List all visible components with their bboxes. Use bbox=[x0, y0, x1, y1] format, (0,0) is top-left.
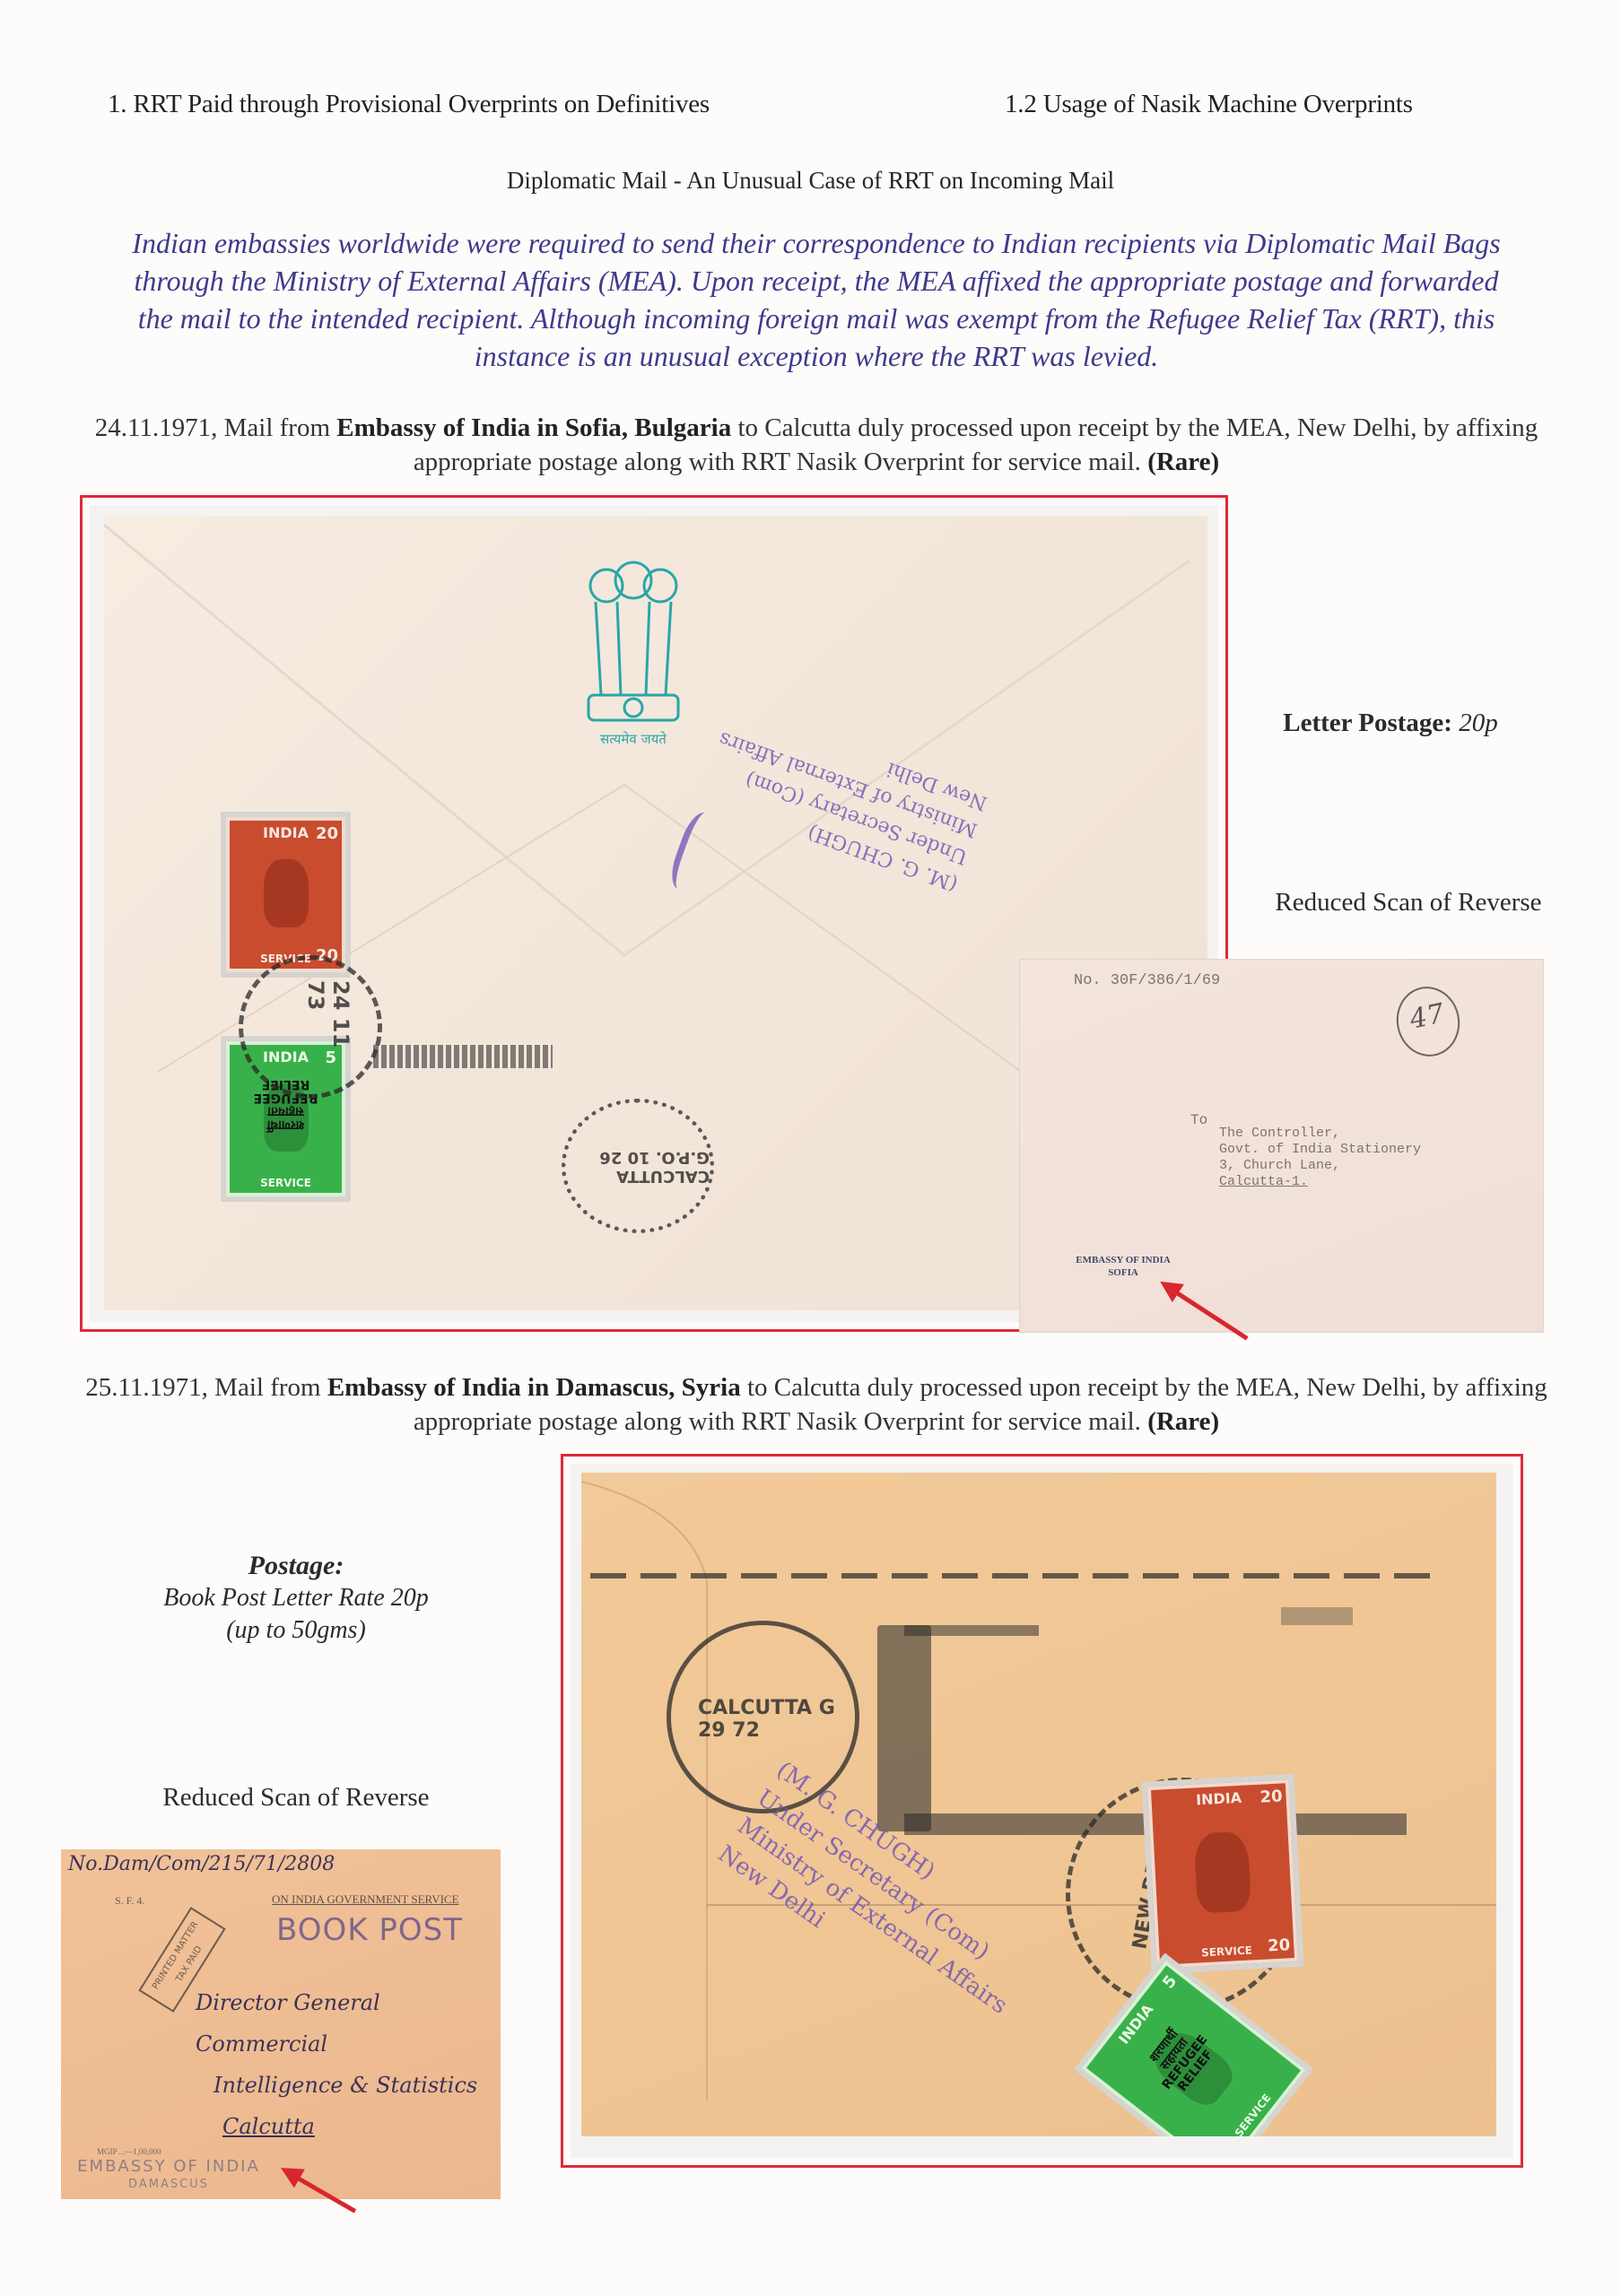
section-title: 1. RRT Paid through Provisional Overprin… bbox=[108, 90, 710, 119]
sender-imprint: EMBASSY OF INDIA DAMASCUS bbox=[61, 2158, 276, 2194]
service-header: ON INDIA GOVERNMENT SERVICE bbox=[272, 1892, 459, 1907]
printer-imprint: MGIP ...—1,00,000 bbox=[97, 2147, 161, 2156]
item-2-cover: CALCUTTA G 29 72 NEW DELHI (M. G. CHUGH)… bbox=[581, 1473, 1496, 2136]
stamp-20p-service: INDIA 20 20 SERVICE bbox=[221, 812, 351, 978]
postmark-new-delhi: 24 11 73 bbox=[239, 955, 382, 1099]
book-post-stamp: BOOK POST bbox=[276, 1912, 463, 1948]
form-code: S. F. 4. bbox=[115, 1894, 144, 1908]
recipient-address: Director General Commercial Intelligence… bbox=[196, 1982, 501, 2147]
machine-cancel-bars bbox=[373, 1045, 553, 1068]
item-1-postage-note: Letter Postage: 20p bbox=[1247, 709, 1534, 738]
to-label: To bbox=[1190, 1112, 1207, 1128]
item-2-rarity: (Rare) bbox=[1147, 1407, 1219, 1436]
recipient-address: The Controller, Govt. of India Stationer… bbox=[1219, 1126, 1421, 1190]
item-2-reverse-label: Reduced Scan of Reverse bbox=[126, 1783, 466, 1813]
machine-cancel-line bbox=[590, 1573, 1442, 1578]
subsection-title: 1.2 Usage of Nasik Machine Overprints bbox=[1005, 90, 1413, 119]
reference-number: No.Dam/Com/215/71/2808 bbox=[68, 1853, 335, 1875]
item-2-frame: CALCUTTA G 29 72 NEW DELHI (M. G. CHUGH)… bbox=[561, 1454, 1523, 2168]
folio-circle: 47 bbox=[1390, 981, 1467, 1063]
item-1-origin: Embassy of India in Sofia, Bulgaria bbox=[336, 413, 731, 442]
item-1-date: 24.11.1971 bbox=[95, 413, 211, 442]
intro-paragraph: Indian embassies worldwide were required… bbox=[117, 224, 1516, 375]
reference-number: No. 30F/386/1/69 bbox=[1074, 972, 1220, 989]
item-2-caption: 25.11.1971, Mail from Embassy of India i… bbox=[72, 1370, 1561, 1439]
item-2-origin: Embassy of India in Damascus, Syria bbox=[327, 1373, 741, 1402]
item-1-caption: 24.11.1971, Mail from Embassy of India i… bbox=[72, 411, 1561, 479]
item-2-reverse-scan: No.Dam/Com/215/71/2808 S. F. 4. ON INDIA… bbox=[61, 1849, 501, 2199]
page-title: Diplomatic Mail - An Unusual Case of RRT… bbox=[0, 167, 1621, 195]
item-2-date: 25.11.1971 bbox=[85, 1373, 201, 1402]
item-1-reverse-scan: No. 30F/386/1/69 47 To The Controller, G… bbox=[1020, 960, 1543, 1332]
item-1-rarity: (Rare) bbox=[1147, 448, 1219, 476]
stamp-20p-service: INDIA 20 20 SERVICE bbox=[1141, 1774, 1303, 1975]
item-1-reverse-label: Reduced Scan of Reverse bbox=[1233, 888, 1583, 918]
postmark-calcutta: CALCUTTA G.P.O. 10 26 bbox=[562, 1099, 714, 1233]
machine-cancel-bar bbox=[877, 1625, 931, 1831]
item-2-postage-note: Postage: Book Post Letter Rate 20p (up t… bbox=[135, 1550, 458, 1647]
